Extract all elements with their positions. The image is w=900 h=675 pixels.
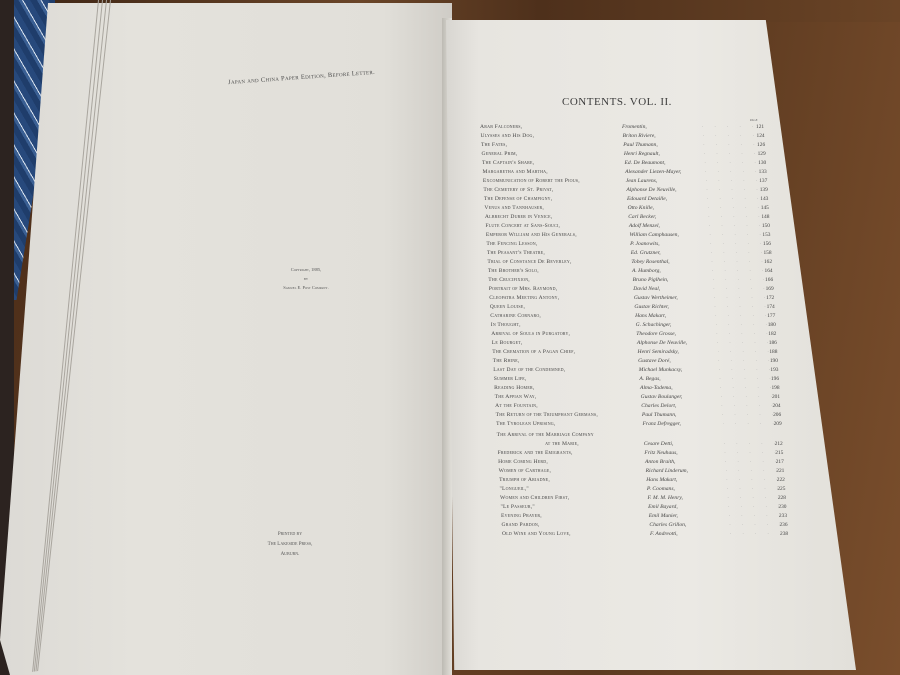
entry-page-number: 186 [769,340,777,346]
entry-page-number: 193 [770,367,778,373]
entry-page-number: 164 [765,268,773,274]
entry-title: Women of Carthage, [499,468,552,474]
contents-entry: The Captain's Share,. . . . . . . . . . … [482,160,842,168]
contents-entry: The Defense of Champigny,. . . . . . . .… [484,196,844,204]
entry-artist: Henri Semiradsky, [638,349,679,355]
contents-entry: The Arrival of the Marriage Company [497,432,857,440]
entry-page-number: 206 [773,412,781,418]
entry-artist: Ed. Grutzner, [631,250,661,256]
entry-page-number: 145 [761,205,769,211]
entry-artist: Alphonse De Neuville, [637,340,687,346]
leader-dots: . . . . . . . . . . . . . . [711,259,771,264]
entry-artist: Henri Regnault, [624,151,660,157]
entry-artist: Richard Linderum, [646,468,688,474]
leader-dots: . . . . . . . . . . . . . . [702,124,762,129]
printer-line: Auburn. [240,550,340,560]
leader-dots: . . . . . . . . . . . . . . [704,160,764,165]
entry-title: The Defense of Champigny, [484,196,552,202]
entry-title: "Longueil," [500,486,529,492]
entry-title: Grand Pardon, [502,522,540,528]
contents-entry: Queen Louise,. . . . . . . . . . . . . .… [490,304,850,312]
contents-entry: Margaretha and Martha,. . . . . . . . . … [482,169,842,177]
entry-title: "Le Passeur," [501,504,535,510]
contents-entry: Summer Life,. . . . . . . . . . . . . .A… [494,376,854,384]
leader-dots: . . . . . . . . . . . . . . [713,277,773,282]
entry-artist: Alma-Tadema, [640,385,673,391]
entry-page-number: 201 [772,394,780,400]
entry-artist: Cesare Detti, [644,441,674,447]
entry-artist: Alphonse De Neuville, [626,187,676,193]
entry-title: Old Wine and Young Love, [502,531,571,537]
contents-entry: Portrait of Mrs. Raymond,. . . . . . . .… [489,286,849,294]
entry-title: Reading Homer, [494,385,534,391]
contents-entry: Venus and Tannhauser,. . . . . . . . . .… [484,205,844,213]
entry-page-number: 190 [770,358,778,364]
entry-title: Women and Children First, [500,495,569,501]
leader-dots: . . . . . . . . . . . . . . [705,169,765,174]
contents-entry: The Fates,. . . . . . . . . . . . . .Pau… [481,142,841,150]
entry-title: Albrecht Durer in Venice, [485,214,553,220]
entry-title: Trial of Constance De Beverley, [487,259,571,265]
entry-title: Le Bourget, [492,340,523,346]
entry-artist: Gustav Richter, [634,304,669,310]
entry-title: The Cremation of a Pagan Chief, [492,349,575,355]
entry-page-number: 225 [777,486,785,492]
contents-entry: The Appian Way,. . . . . . . . . . . . .… [495,394,855,402]
entry-title: Triumph of Ariadne, [499,477,550,483]
entry-artist: P. Coomans, [647,486,675,492]
entry-title: Evening Prayer, [501,513,542,519]
entry-page-number: 129 [758,151,766,157]
copyright-line: Samuel E. Post Company. [262,283,350,292]
contents-entry: Flute Concert at Sans-Souci,. . . . . . … [485,223,845,231]
entry-page-number: 137 [759,178,767,184]
entry-title: The Tyrolean Uprising, [496,421,555,427]
contents-entry: Le Bourget,. . . . . . . . . . . . . .Al… [492,340,852,348]
contents-entry: Ulysses and His Dog,. . . . . . . . . . … [480,133,840,141]
entry-page-number: 222 [777,477,785,483]
entry-title: General Prim, [481,151,517,157]
leader-dots: . . . . . . . . . . . . . . [704,151,764,156]
entry-title: Emperor William and His Generals, [486,232,577,238]
entry-page-number: 126 [757,142,765,148]
entry-title: The Arrival of the Marriage Company [497,432,594,438]
contents-entry: Trial of Constance De Beverley,. . . . .… [487,259,847,267]
entry-artist: P. Joanowits, [630,241,660,247]
entry-page-number: 233 [779,513,787,519]
entry-artist: Anton Braith, [645,459,675,465]
contents-entry: The Crucifixion,. . . . . . . . . . . . … [488,277,848,285]
entry-artist: Gustav Wertheimer, [634,295,678,301]
entry-title: at the Marie, [545,441,579,447]
entry-title: The Fencing Lesson, [486,241,537,247]
entry-page-number: 188 [769,349,777,355]
entry-page-number: 158 [763,250,771,256]
entry-page-number: 169 [766,286,774,292]
copyright-notice: Copyright, 1885, by Samuel E. Post Compa… [262,265,350,292]
entry-artist: Alexander Liezen-Mayer, [625,169,681,175]
entry-page-number: 236 [779,522,787,528]
leader-dots: . . . . . . . . . . . . . . [711,250,771,255]
printer-line: Printed by [240,530,340,540]
entry-artist: Michael Munkacsy, [639,367,683,373]
entry-title: The Crucifixion, [488,277,530,283]
entry-artist: Hans Makart, [646,477,677,483]
entry-page-number: 215 [775,450,783,456]
entry-artist: G. Schachinger, [636,322,672,328]
page-column-header: page [750,117,758,122]
entry-artist: Tobey Rosenthal, [631,259,669,265]
contents-entry: The Brother's Solo,. . . . . . . . . . .… [488,268,848,276]
entry-page-number: 182 [768,331,776,337]
entry-page-number: 166 [765,277,773,283]
leader-dots: . . . . . . . . . . . . . . [714,304,774,309]
contents-entry: Catharine Cornaro,. . . . . . . . . . . … [490,313,850,321]
entry-page-number: 148 [761,214,769,220]
entry-title: Flute Concert at Sans-Souci, [485,223,560,229]
entry-title: Margaretha and Martha, [482,169,547,175]
entry-title: The Appian Way, [495,394,537,400]
contents-entry: Excommunication of Robert the Pious,. . … [483,178,843,186]
entry-artist: Ed. De Beaumont, [624,160,665,166]
entry-artist: Paul Thumann, [623,142,658,148]
contents-entry: at the Marie,. . . . . . . . . . . . . .… [497,441,857,449]
entry-artist: F. Andreotti, [650,531,678,537]
entry-title: The Rhine, [493,358,520,364]
entry-artist: Paul Thumann, [642,412,677,418]
entry-artist: Otto Knille, [628,205,654,211]
entry-artist: A. Begas, [639,376,660,382]
entry-artist: A. Humborg, [632,268,661,274]
entry-title: Home Coming Herd, [498,459,548,465]
contents-entry: The Fencing Lesson,. . . . . . . . . . .… [486,241,846,249]
entry-title: In Thought, [491,322,521,328]
entry-page-number: 230 [778,504,786,510]
contents-entry: The Peasant's Theatre,. . . . . . . . . … [487,250,847,258]
entry-page-number: 198 [771,385,779,391]
entry-title: Ulysses and His Dog, [480,133,534,139]
contents-entry: Arrival of Souls in Purgatory,. . . . . … [491,331,851,339]
contents-entry: The Return of the Triumphant Germans,. .… [496,412,856,420]
contents-entry: Triumph of Ariadne,. . . . . . . . . . .… [499,477,859,485]
entry-title: Catharine Cornaro, [490,313,541,319]
contents-entry: General Prim,. . . . . . . . . . . . . .… [481,151,841,159]
leader-dots: . . . . . . . . . . . . . . [709,232,769,237]
leader-dots: . . . . . . . . . . . . . . [708,214,768,219]
entry-page-number: 162 [764,259,772,265]
leader-dots: . . . . . . . . . . . . . . [703,142,763,147]
entry-page-number: 177 [767,313,775,319]
page-edge-stack [22,0,102,675]
entry-artist: Charles Grillon, [649,522,686,528]
contents-entry: Cleopatra Meeting Antony,. . . . . . . .… [489,295,849,303]
entry-artist: Fromentin, [622,124,647,130]
entry-page-number: 209 [774,421,782,427]
entry-title: The Peasant's Theatre, [487,250,545,256]
leader-dots: . . . . . . . . . . . . . . [707,196,767,201]
contents-title: CONTENTS. VOL. II. [562,96,672,108]
contents-entry: Arab Falconers,. . . . . . . . . . . . .… [480,124,840,132]
leader-dots: . . . . . . . . . . . . . . [715,313,775,318]
entry-page-number: 153 [762,232,770,238]
contents-entry: Frederick and the Emigrants,. . . . . . … [498,450,858,458]
entry-title: Venus and Tannhauser, [484,205,544,211]
contents-entry: Evening Prayer,. . . . . . . . . . . . .… [501,513,861,521]
leader-dots: . . . . . . . . . . . . . . [710,241,770,246]
entry-artist: Briton Riviere, [623,133,656,139]
contents-entry: In Thought,. . . . . . . . . . . . . .G.… [491,322,851,330]
entry-artist: Theodore Grosse, [636,331,676,337]
leader-dots: . . . . . . . . . . . . . . [709,223,769,228]
leader-dots: . . . . . . . . . . . . . . [714,295,774,300]
leader-dots: . . . . . . . . . . . . . . [708,205,768,210]
entry-title: The Brother's Solo, [488,268,539,274]
contents-entry: The Tyrolean Uprising,. . . . . . . . . … [496,421,856,429]
entry-artist: Gustav Boulanger, [641,394,683,400]
contents-entry: Women and Children First,. . . . . . . .… [500,495,860,503]
copyright-line: Copyright, 1885, [262,265,350,274]
entry-artist: Emil Bayard, [648,504,678,510]
contents-entry: Old Wine and Young Love,. . . . . . . . … [502,531,862,539]
entry-page-number: 204 [773,403,781,409]
entry-page-number: 196 [771,376,779,382]
entry-artist: Charles Delort, [641,403,676,409]
entry-title: Excommunication of Robert the Pious, [483,178,580,184]
entry-page-number: 130 [758,160,766,166]
entry-artist: Emil Munier, [649,513,678,519]
entry-title: The Cemetery of St. Privat, [483,187,553,193]
entry-title: At the Fountain, [495,403,538,409]
entry-artist: Bruno Piglhein, [633,277,669,283]
leader-dots: . . . . . . . . . . . . . . [706,178,766,183]
entry-page-number: 156 [763,241,771,247]
entry-artist: Jean Laurens, [626,178,658,184]
contents-entry: Women of Carthage,. . . . . . . . . . . … [499,468,859,476]
contents-entry: The Cremation of a Pagan Chief,. . . . .… [492,349,852,357]
entry-artist: Gustave Doré, [638,358,671,364]
contents-entry: Grand Pardon,. . . . . . . . . . . . . .… [502,522,862,530]
entry-artist: William Camphausen, [629,232,678,238]
entry-page-number: 238 [780,531,788,537]
entry-title: Arab Falconers, [480,124,522,130]
contents-entry: At the Fountain,. . . . . . . . . . . . … [495,403,855,411]
entry-artist: F. M. M. Henry, [647,495,682,501]
printer-line: The Lakeside Press, [240,540,340,550]
entry-title: Arrival of Souls in Purgatory, [491,331,570,337]
entry-page-number: 174 [767,304,775,310]
entry-page-number: 124 [757,133,765,139]
entry-page-number: 221 [776,468,784,474]
entry-page-number: 139 [760,187,768,193]
entry-page-number: 133 [759,169,767,175]
entry-page-number: 172 [766,295,774,301]
entry-artist: Adolf Menzel, [629,223,660,229]
leader-dots: . . . . . . . . . . . . . . [706,187,766,192]
entry-page-number: 212 [775,441,783,447]
entry-page-number: 143 [760,196,768,202]
contents-entry: Home Coming Herd,. . . . . . . . . . . .… [498,459,858,467]
entry-page-number: 228 [778,495,786,501]
entry-page-number: 121 [756,124,764,130]
contents-entry: The Cemetery of St. Privat,. . . . . . .… [483,187,843,195]
entry-title: Portrait of Mrs. Raymond, [489,286,558,292]
leader-dots: . . . . . . . . . . . . . . [713,286,773,291]
entry-title: Frederick and the Emigrants, [498,450,573,456]
entry-artist: Hans Makart, [635,313,666,319]
entry-title: The Return of the Triumphant Germans, [496,412,598,418]
contents-entry: Reading Homer,. . . . . . . . . . . . . … [494,385,854,393]
entry-page-number: 180 [768,322,776,328]
contents-entry: Last Day of the Condemned,. . . . . . . … [493,367,853,375]
entry-artist: Edouard Detaille, [627,196,667,202]
leader-dots: . . . . . . . . . . . . . . [703,133,763,138]
entry-title: Cleopatra Meeting Antony, [489,295,559,301]
contents-entry: "Longueil,". . . . . . . . . . . . . .P.… [500,486,860,494]
entry-artist: Fritz Neuhaus, [644,450,677,456]
copyright-line: by [262,274,350,283]
entry-title: The Fates, [481,142,507,148]
contents-entry: The Rhine,. . . . . . . . . . . . . .Gus… [493,358,853,366]
entry-title: The Captain's Share, [482,160,534,166]
contents-entry: Albrecht Durer in Venice,. . . . . . . .… [485,214,845,222]
entry-page-number: 150 [762,223,770,229]
contents-entry: Emperor William and His Generals,. . . .… [486,232,846,240]
entry-artist: David Neal, [633,286,660,292]
entry-title: Last Day of the Condemned, [493,367,565,373]
contents-entry: "Le Passeur,". . . . . . . . . . . . . .… [501,504,861,512]
entry-artist: Carl Becker, [628,214,656,220]
entry-title: Queen Louise, [490,304,525,310]
entry-title: Summer Life, [494,376,527,382]
printer-notice: Printed by The Lakeside Press, Auburn. [240,530,340,560]
entry-page-number: 217 [776,459,784,465]
entry-artist: Franz Defregger, [643,421,681,427]
leader-dots: . . . . . . . . . . . . . . [712,268,772,273]
leader-dots: . . . . . . . . . . . . . . [716,322,776,327]
